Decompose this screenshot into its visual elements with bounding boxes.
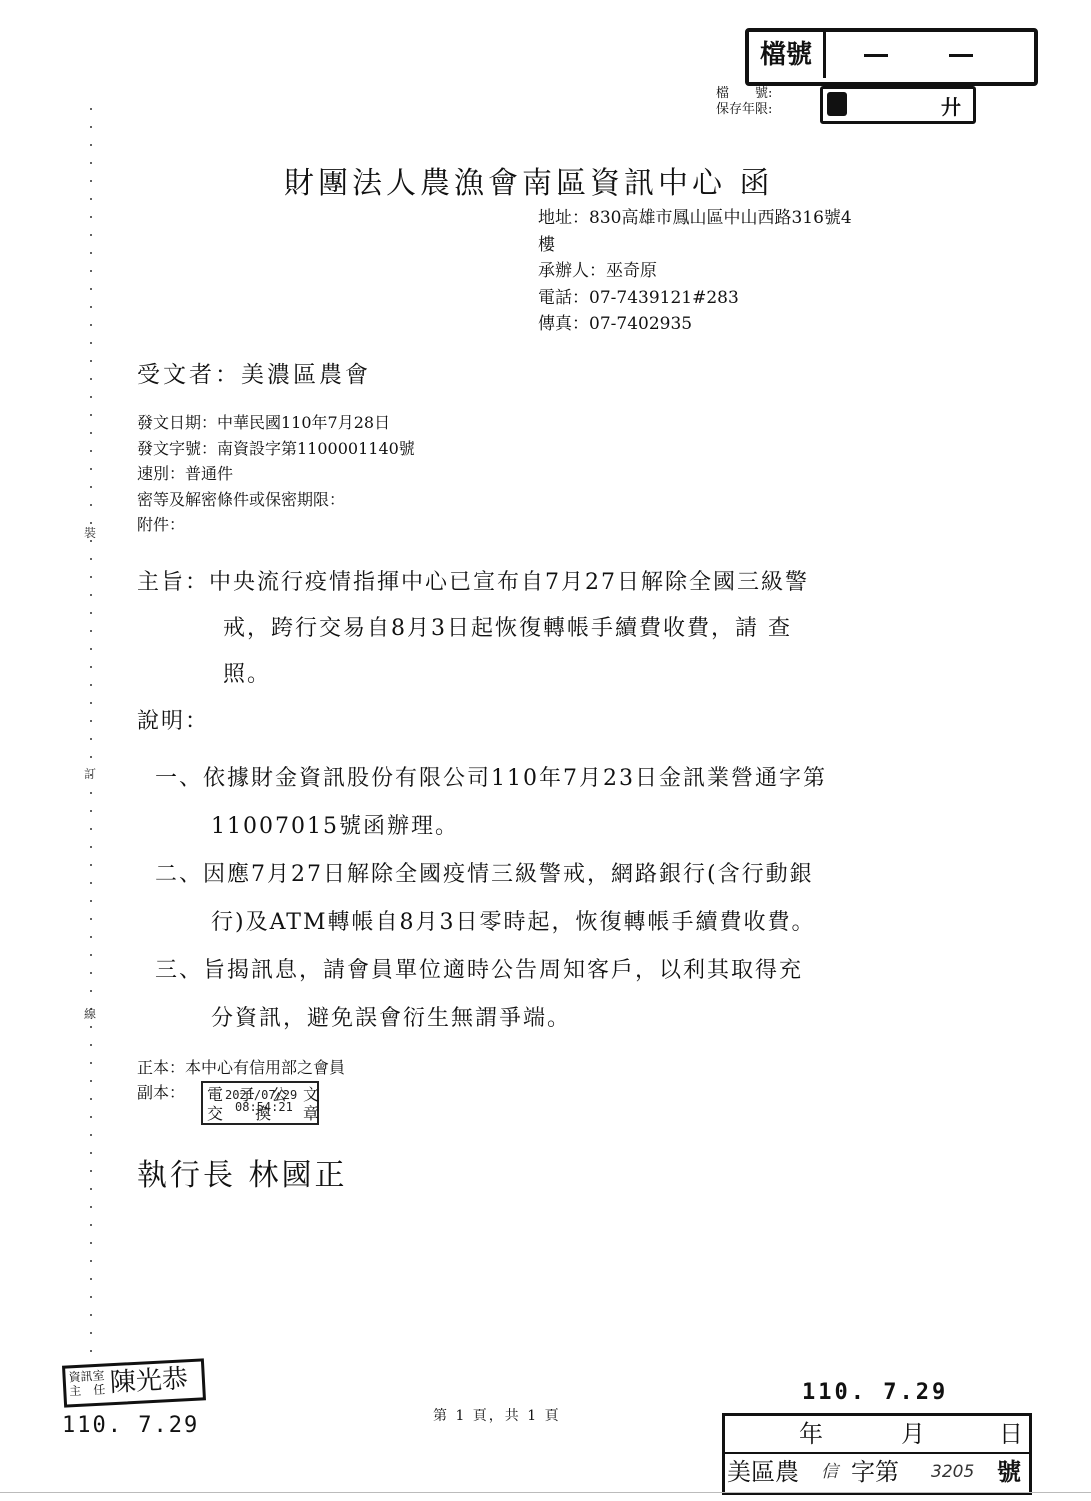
- timestamp-time: 08:54:21: [225, 1101, 297, 1113]
- signer: 執行長 林國正: [137, 1150, 348, 1194]
- sender-info: 地址：830高雄市鳳山區中山西路316號4 樓 承辦人：巫奇原 電話：07-74…: [538, 205, 852, 338]
- document-title: 財團法人農漁會南區資訊中心 函: [284, 158, 774, 202]
- scan-edge-line: [0, 1492, 1091, 1493]
- explanation-item: 三、旨揭訊息，請會員單位適時公告周知客戶，以利其取得充: [155, 947, 827, 995]
- explanation-list: 一、依據財金資訊股份有限公司110年7月23日金訊業營通字第 11007015號…: [155, 755, 827, 1043]
- explanation-item-cont: 行)及ATM轉帳自8月3日零時起，恢復轉帳手續費收費。: [155, 899, 827, 947]
- day-label: 日: [999, 1416, 1023, 1452]
- subject-line: 戒，跨行交易自8月3日起恢復轉帳手續費收費，請 查: [137, 606, 809, 652]
- receipt-org: 美區農: [727, 1454, 799, 1490]
- subject-line: 照。: [137, 652, 809, 698]
- receipt-suffix: 號: [997, 1454, 1021, 1490]
- receipt-number-row: 美區農 信 字第 3205 號: [725, 1454, 1029, 1490]
- received-date-left: 110. 7.29: [62, 1413, 199, 1438]
- sender-fax: 傳真：07-7402935: [538, 311, 852, 338]
- subject: 主旨：中央流行疫情指揮中心已宣布自7月27日解除全國三級警 戒，跨行交易自8月3…: [137, 560, 809, 698]
- ink-block: [827, 92, 847, 116]
- receipt-stamp: 年 月 日 美區農 信 字第 3205 號: [722, 1413, 1032, 1495]
- document-meta: 發文日期：中華民國110年7月28日 發文字號：南資設字第1100001140號…: [137, 410, 415, 538]
- explanation-item: 一、依據財金資訊股份有限公司110年7月23日金訊業營通字第: [155, 755, 827, 803]
- director-seal: 資訊室 主 任 陳光恭: [62, 1358, 206, 1407]
- explanation-item: 二、因應7月27日解除全國疫情三級警戒，網路銀行(含行動銀: [155, 851, 827, 899]
- document-number: 發文字號：南資設字第1100001140號: [137, 436, 415, 462]
- receipt-date-row: 年 月 日: [725, 1416, 1029, 1454]
- director-title: 資訊室 主 任: [68, 1369, 105, 1399]
- handwritten-code: 信: [821, 1454, 838, 1490]
- binding-dotted-line: [90, 100, 92, 1360]
- electronic-exchange-stamp: 電 子 公 文 交 換 章 2021/07/29 08:54:21: [201, 1081, 319, 1125]
- subject-line: 主旨：中央流行疫情指揮中心已宣布自7月27日解除全國三級警: [137, 560, 809, 606]
- explanation-label: 說明：: [137, 704, 209, 735]
- attachment: 附件：: [137, 512, 415, 538]
- sender-handler: 承辦人：巫奇原: [538, 258, 852, 285]
- director-title-bottom: 主 任: [69, 1383, 106, 1399]
- e-stamp-timestamp: 2021/07/29 08:54:21: [225, 1089, 297, 1113]
- dash-mark: [864, 54, 888, 57]
- handwritten-number: 3205: [931, 1454, 974, 1490]
- archive-meta: 檔 號: 保存年限:: [716, 86, 772, 118]
- binding-mark-xian: 線: [84, 1005, 96, 1022]
- explanation-item-cont: 分資訊，避免誤會衍生無謂爭端。: [155, 995, 827, 1043]
- retention-stamp: 廾: [820, 86, 976, 124]
- archive-number-stamp: 檔號: [745, 28, 1038, 86]
- dash-mark: [949, 54, 973, 57]
- recipient: 受文者：美濃區農會: [137, 356, 371, 389]
- sender-address: 地址：830高雄市鳳山區中山西路316號4: [538, 205, 852, 232]
- sender-address-cont: 樓: [538, 232, 852, 259]
- receipt-word: 字第: [851, 1454, 899, 1490]
- secrecy-level: 密等及解密條件或保密期限：: [137, 487, 415, 513]
- original-recipients: 正本：本中心有信用部之會員: [137, 1055, 345, 1080]
- month-label: 月: [901, 1416, 925, 1452]
- received-date-right: 110. 7.29: [802, 1380, 948, 1405]
- retention-period-label: 保存年限:: [716, 102, 772, 118]
- binding-mark-zhuang: 裝: [84, 524, 96, 541]
- delivery-speed: 速別：普通件: [137, 461, 415, 487]
- binding-mark-ding: 訂: [84, 765, 96, 782]
- sender-phone: 電話：07-7439121#283: [538, 285, 852, 312]
- retention-mark: 廾: [941, 91, 961, 120]
- page-number: 第 1 頁，共 1 頁: [433, 1405, 561, 1425]
- archive-number-label: 檔 號:: [716, 86, 772, 102]
- year-label: 年: [799, 1416, 823, 1452]
- director-name: 陳光恭: [109, 1362, 189, 1400]
- archive-stamp-label: 檔號: [749, 32, 826, 78]
- issue-date: 發文日期：中華民國110年7月28日: [137, 410, 415, 436]
- explanation-item-cont: 11007015號函辦理。: [155, 803, 827, 851]
